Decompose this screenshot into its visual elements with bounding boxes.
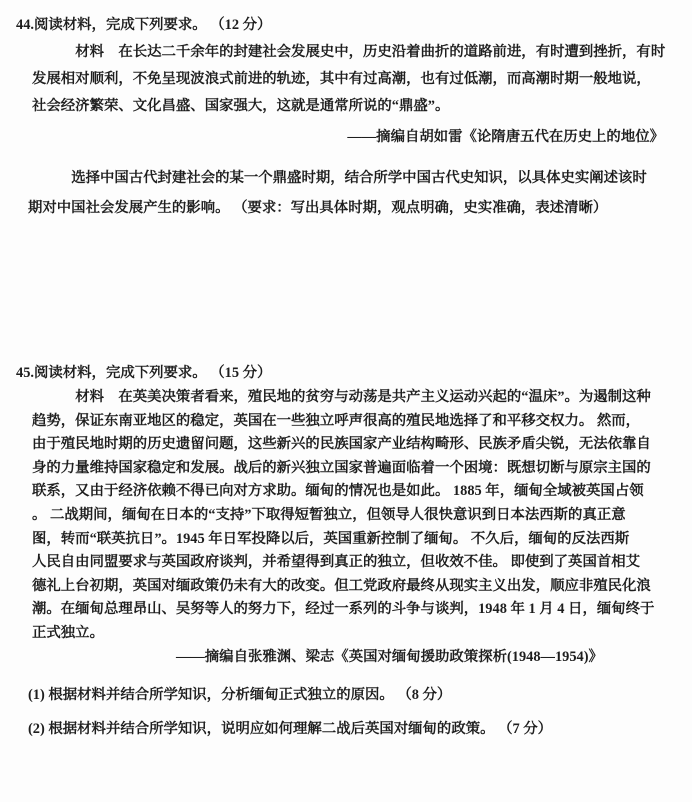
question-45-header: 45.阅读材料，完成下列要求。 （15 分） (16, 361, 670, 386)
q45-material-line-9: 德礼上台初期，英国对缅政策仍未有大的改变。但工党政府最终从现实主义出发，顺应非殖… (32, 575, 670, 599)
q45-material-line-2: 趋势，保证东南亚地区的稳定，英国在一些独立呼声很高的殖民地选择了和平移交权力。 … (32, 410, 670, 434)
question-44-source-citation: ——摘编自胡如雷《论隋唐五代在历史上的地位》 (16, 124, 670, 151)
q44-task-line-2: 期对中国社会发展产生的影响。 （要求：写出具体时期，观点明确，史实准确，表述清晰… (28, 193, 670, 223)
question-45: 45.阅读材料，完成下列要求。 （15 分） 材料 在英美决策者看来，殖民地的贫… (16, 361, 670, 740)
q44-material-line-2: 发展相对顺利，不免呈现波浪式前进的轨迹，其中有过高潮，也有过低潮，而高潮时期一般… (32, 66, 670, 93)
q45-material-line-6: 。 二战期间，缅甸在日本的“支持”下取得短暂独立，但领导人很快意识到日本法西斯的… (32, 504, 670, 528)
q45-material-line-1: 材料 在英美决策者看来，殖民地的贫穷与动荡是共产主义运动兴起的“温床”。为遏制这… (32, 386, 670, 410)
sub-question-2: (2) 根据材料并结合所学知识，说明应如何理解二战后英国对缅甸的政策。 （7 分… (28, 718, 670, 740)
question-44-task: 选择中国古代封建社会的某一个鼎盛时期，结合所学中国古代史知识，以具体史实阐述该时… (28, 163, 670, 223)
q44-task-line-1: 选择中国古代封建社会的某一个鼎盛时期，结合所学中国古代史知识，以具体史实阐述该时 (28, 163, 670, 193)
q45-material-line-11: 正式独立。 (32, 622, 670, 646)
q45-material-line-4: 身的力量维持国家稳定和发展。战后的新兴独立国家普遍面临着一个困境：既想切断与原宗… (32, 457, 670, 481)
q45-material-line-8: 人民自由同盟要求与英国政府谈判，并希望得到真正的独立，但收效不佳。 即使到了英国… (32, 551, 670, 575)
sub-question-1: (1) 根据材料并结合所学知识，分析缅甸正式独立的原因。 （8 分） (28, 684, 670, 706)
question-45-source-citation: ——摘编自张雅渊、梁志《英国对缅甸援助政策探析(1948—1954)》 (176, 646, 670, 670)
q45-material-line-7: 图，转而“联英抗日”。1945 年日军投降以后，英国重新控制了缅甸。 不久后，缅… (32, 528, 670, 552)
exam-page: 44.阅读材料，完成下列要求。 （12 分） 材料 在长达二千余年的封建社会发展… (0, 0, 692, 802)
question-44: 44.阅读材料，完成下列要求。 （12 分） 材料 在长达二千余年的封建社会发展… (16, 12, 670, 223)
question-45-material: 材料 在英美决策者看来，殖民地的贫穷与动荡是共产主义运动兴起的“温床”。为遏制这… (32, 386, 670, 646)
q45-material-line-5: 联系，又由于经济依赖不得已向对方求助。缅甸的情况也是如此。 1885 年，缅甸全… (32, 480, 670, 504)
q44-material-line-1: 材料 在长达二千余年的封建社会发展史中，历史沿着曲折的道路前进，有时遭到挫折，有… (32, 39, 670, 66)
q44-material-line-3: 社会经济繁荣、文化昌盛、国家强大，这就是通常所说的“鼎盛”。 (32, 93, 670, 120)
question-44-material: 材料 在长达二千余年的封建社会发展史中，历史沿着曲折的道路前进，有时遭到挫折，有… (32, 39, 670, 120)
q45-material-line-10: 潮。在缅甸总理昂山、吴努等人的努力下，经过一系列的斗争与谈判，1948 年 1 … (32, 598, 670, 622)
question-44-header: 44.阅读材料，完成下列要求。 （12 分） (16, 12, 670, 39)
q45-material-line-3: 由于殖民地时期的历史遗留问题，这些新兴的民族国家产业结构畸形、民族矛盾尖锐，无法… (32, 433, 670, 457)
